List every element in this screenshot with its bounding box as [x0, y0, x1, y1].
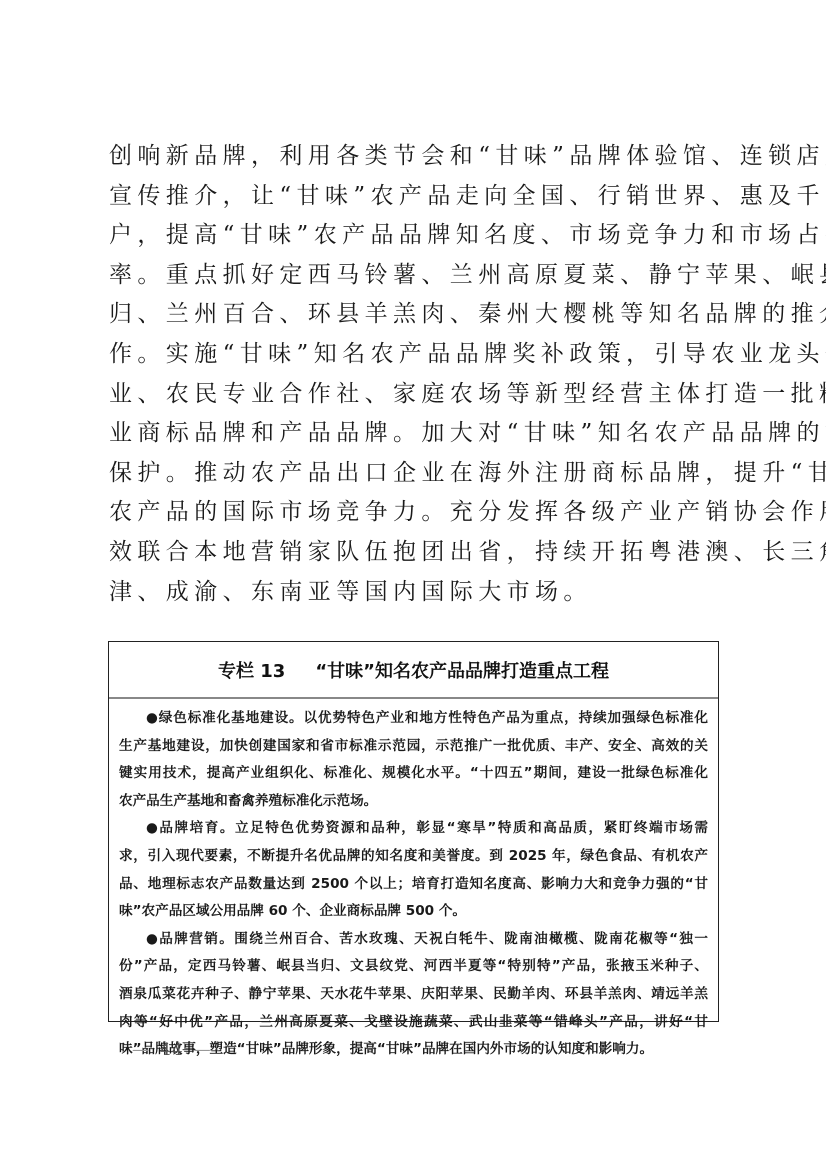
text-line: ●品牌培育。立足特色优势资源和品种，彰显“寒旱”特质和高品质，紧盯终端市场需: [119, 815, 708, 843]
text-line: 保护。推动农产品出口企业在海外注册商标品牌，提升“甘味”: [109, 454, 723, 494]
box-title: 专栏 13 “甘味”知名农产品品牌打造重点工程: [109, 642, 718, 699]
text-line: 效联合本地营销家队伍抱团出省，持续开拓粤港澳、长三角、京: [109, 533, 723, 573]
dash-left: —: [132, 1040, 150, 1060]
text-line: 户，提高“甘味”农产品品牌知名度、市场竞争力和市场占有: [109, 216, 723, 256]
text-line: 农产品生产基地和畜禽养殖标准化示范场。: [119, 788, 708, 816]
box-title-text: “甘味”知名农产品品牌打造重点工程: [315, 657, 609, 683]
box-body: ●绿色标准化基地建设。以优势特色产业和地方性特色产品为重点，持续加强绿色标准化 …: [109, 699, 718, 1064]
text-line: 求，引入现代要素，不断提升名优品牌的知名度和美誉度。到 2025 年，绿色食品、…: [119, 843, 708, 871]
text-line: 业、农民专业合作社、家庭农场等新型经营主体打造一批精品企: [109, 375, 723, 415]
text-line: 味”农产品区域公用品牌 60 个、企业商标品牌 500 个。: [119, 898, 708, 926]
text-line: 肉等“好中优”产品，兰州高原夏菜、戈壁设施蔬菜、武山韭菜等“错峰头”产品，讲好“…: [119, 1009, 708, 1037]
text-line: 酒泉瓜菜花卉种子、静宁苹果、天水花牛苹果、庆阳苹果、民勤羊肉、环县羊羔肉、靖远羊…: [119, 981, 708, 1009]
text-line: 创响新品牌，利用各类节会和“甘味”品牌体验馆、连锁店大力: [109, 137, 723, 177]
box-paragraph-green-base: ●绿色标准化基地建设。以优势特色产业和地方性特色产品为重点，持续加强绿色标准化 …: [119, 705, 708, 815]
text-line: 津、成渝、东南亚等国内国际大市场。: [109, 573, 723, 613]
box-paragraph-brand-cultivation: ●品牌培育。立足特色优势资源和品种，彰显“寒旱”特质和高品质，紧盯终端市场需 求…: [119, 815, 708, 925]
page-number-value: 44: [160, 1040, 184, 1060]
page-number: —44—: [122, 1040, 222, 1060]
text-line: 宣传推介，让“甘味”农产品走向全国、行销世界、惠及千家万: [109, 177, 723, 217]
text-line: 业商标品牌和产品品牌。加大对“甘味”知名农产品品牌的管理: [109, 414, 723, 454]
box-label: 专栏 13: [218, 657, 285, 683]
text-line: 份”产品，定西马铃薯、岷县当归、文县纹党、河西半夏等“特别特”产品，张掖玉米种子…: [119, 953, 708, 981]
dash-right: —: [194, 1040, 212, 1060]
text-line: ●品牌营销。围绕兰州百合、苦水玫瑰、天祝白牦牛、陇南油橄榄、陇南花椒等“独一: [119, 926, 708, 954]
text-line: 率。重点抓好定西马铃薯、兰州高原夏菜、静宁苹果、岷县当: [109, 256, 723, 296]
text-line: 品、地理标志农产品数量达到 2500 个以上；培育打造知名度高、影响力大和竞争力…: [119, 871, 708, 899]
text-line: 作。实施“甘味”知名农产品品牌奖补政策，引导农业龙头企: [109, 335, 723, 375]
body-paragraph: 创响新品牌，利用各类节会和“甘味”品牌体验馆、连锁店大力 宣传推介，让“甘味”农…: [109, 137, 723, 612]
document-page: 创响新品牌，利用各类节会和“甘味”品牌体验馆、连锁店大力 宣传推介，让“甘味”农…: [0, 0, 826, 1169]
text-line: 归、兰州百合、环县羊羔肉、秦州大樱桃等知名品牌的推介工: [109, 295, 723, 335]
text-line: 农产品的国际市场竞争力。充分发挥各级产业产销协会作用，有: [109, 493, 723, 533]
text-line: 键实用技术，提高产业组织化、标准化、规模化水平。“十四五”期间，建设一批绿色标准…: [119, 760, 708, 788]
special-column-box: 专栏 13 “甘味”知名农产品品牌打造重点工程 ●绿色标准化基地建设。以优势特色…: [108, 641, 719, 1022]
text-line: 生产基地建设，加快创建国家和省市标准示范园，示范推广一批优质、丰产、安全、高效的…: [119, 733, 708, 761]
text-line: ●绿色标准化基地建设。以优势特色产业和地方性特色产品为重点，持续加强绿色标准化: [119, 705, 708, 733]
